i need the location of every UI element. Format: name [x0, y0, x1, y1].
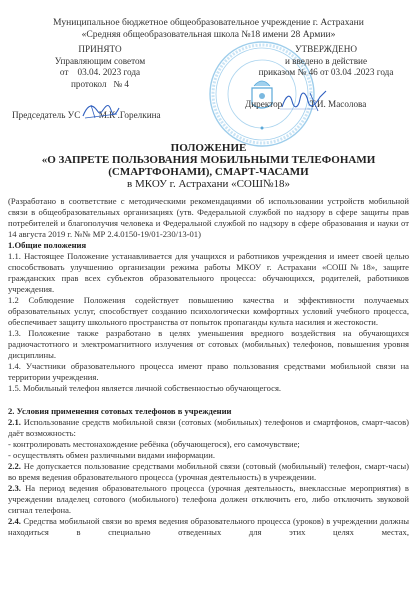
clause-2-2: 2.2. Не допускается пользование средства… — [8, 461, 409, 483]
clause-2-4: 2.4. Средства мобильной связи во время в… — [8, 516, 409, 538]
document-page: Муниципальное бюджетное общеобразователь… — [0, 0, 417, 604]
clause-1-3: 1.3. Положение также разработано в целях… — [8, 328, 409, 361]
preamble: (Разработано в соответствие с методическ… — [8, 196, 409, 240]
org-name-line1: Муниципальное бюджетное общеобразователь… — [0, 17, 417, 28]
clause-text: Участники образовательного процесса имею… — [8, 361, 409, 382]
section-spacer — [8, 394, 409, 406]
section-2-heading: 2. Условия применения сотовых телефонов … — [8, 406, 409, 417]
clause-number: 1.2 — [8, 295, 19, 305]
clause-text: Средства мобильной связи во время ведени… — [8, 516, 409, 537]
clause-number: 1.5. — [8, 383, 21, 393]
document-body: (Разработано в соответствие с методическ… — [8, 196, 409, 538]
accepted-by: Управляющим советом — [0, 56, 200, 68]
accepted-protocol: протокол № 4 — [0, 79, 200, 91]
accepted-date: от 03.04. 2023 года — [0, 67, 200, 79]
clause-number: 1.3. — [8, 328, 21, 338]
clause-number: 1.4. — [8, 361, 21, 371]
chair-signature-icon — [81, 102, 121, 120]
clause-text: Соблюдение Положения содействует повышен… — [8, 295, 409, 327]
clause-text: Мобильный телефон является личной собств… — [23, 383, 281, 393]
approved-order: приказом № 46 от 03.04 .2023 года — [226, 67, 417, 79]
accepted-title: ПРИНЯТО — [0, 44, 200, 56]
clause-2-3: 2.3. На период ведения образовательного … — [8, 483, 409, 516]
clause-text: На период ведения образовательного проце… — [8, 483, 409, 515]
accepted-block: ПРИНЯТО Управляющим советом от 03.04. 20… — [0, 44, 200, 90]
clause-text: Положение также разработано в целях умен… — [8, 328, 409, 360]
clause-text: Использование средств мобильной связи (с… — [8, 417, 409, 438]
clause-text: Настоящее Положение устанавливается для … — [8, 251, 409, 294]
clause-number: 2.4. — [8, 516, 21, 526]
clause-1-4: 1.4. Участники образовательного процесса… — [8, 361, 409, 383]
clause-2-1: 2.1. Использование средств мобильной свя… — [8, 417, 409, 439]
clause-2-1-bullet-2: - осуществлять обмен различными видами и… — [8, 450, 409, 461]
director-label: Директор — [245, 99, 282, 109]
clause-2-1-bullet-1: - контролировать местонахождение ребёнка… — [8, 439, 409, 450]
director-signature-icon — [280, 89, 330, 113]
clause-1-2: 1.2 Соблюдение Положения содействует пов… — [8, 295, 409, 328]
clause-1-5: 1.5. Мобильный телефон является личной с… — [8, 383, 409, 394]
section-1-heading: 1.Общие положения — [8, 240, 409, 251]
approved-line2: и введено в действие — [226, 56, 417, 68]
approved-block: УТВЕРЖДЕНО и введено в действие приказом… — [226, 44, 417, 79]
clause-number: 1.1. — [8, 251, 21, 261]
document-title-line4: в МКОУ г. Астрахани «СОШ№18» — [0, 178, 417, 191]
clause-number: 2.2. — [8, 461, 21, 471]
clause-text: Не допускается пользование средствами мо… — [8, 461, 409, 482]
clause-1-1: 1.1. Настоящее Положение устанавливается… — [8, 251, 409, 295]
clause-number: 2.3. — [8, 483, 21, 493]
clause-number: 2.1. — [8, 417, 21, 427]
chair-label: Председатель УС — [12, 110, 80, 120]
approved-title: УТВЕРЖДЕНО — [226, 44, 417, 56]
